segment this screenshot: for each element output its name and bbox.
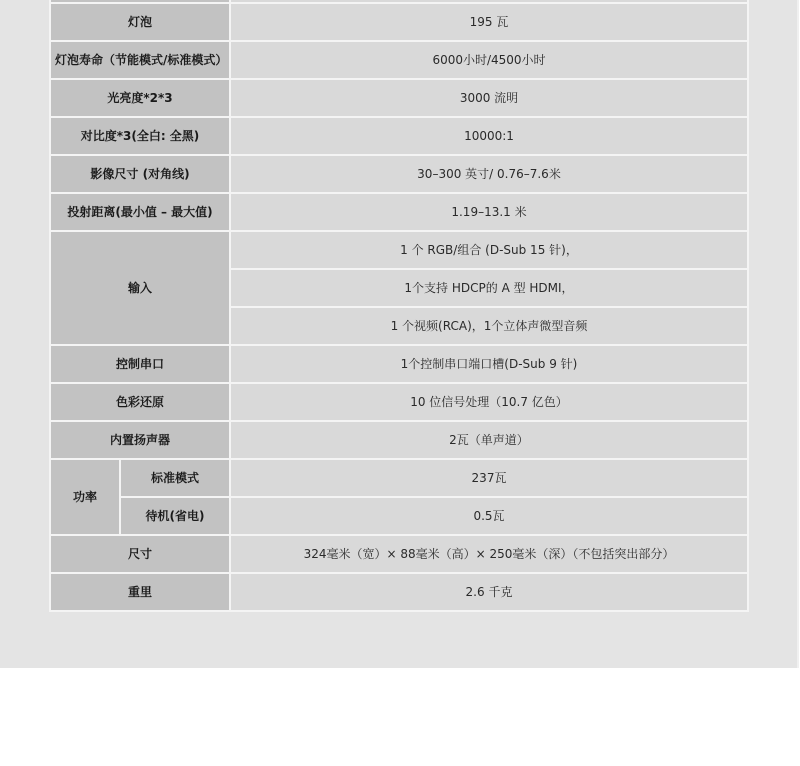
table-row-speaker: 内置扬声器 2瓦（单声道） — [50, 421, 748, 459]
spec-table: 灯泡 195 瓦 灯泡寿命（节能模式/标准模式） 6000小时/4500小时 光… — [49, 0, 749, 612]
row-value: 30–300 英寸/ 0.76–7.6米 — [230, 155, 748, 193]
row-value: 10000:1 — [230, 117, 748, 155]
row-label: 重里 — [50, 573, 230, 611]
row-label: 投射距离(最小值 – 最大值) — [50, 193, 230, 231]
spec-panel: 灯泡 195 瓦 灯泡寿命（节能模式/标准模式） 6000小时/4500小时 光… — [0, 0, 799, 668]
row-value: 6000小时/4500小时 — [230, 41, 748, 79]
row-label: 色彩还原 — [50, 383, 230, 421]
table-row-lamp: 灯泡 195 瓦 — [50, 3, 748, 41]
table-row-brightness: 光亮度*2*3 3000 流明 — [50, 79, 748, 117]
table-row-power-standard: 功率 标准模式 237瓦 — [50, 459, 748, 497]
table-row-dimensions: 尺寸 324毫米（宽）× 88毫米（高）× 250毫米（深）（不包括突出部分） — [50, 535, 748, 573]
row-label: 尺寸 — [50, 535, 230, 573]
row-label: 内置扬声器 — [50, 421, 230, 459]
row-value: 2瓦（单声道） — [230, 421, 748, 459]
table-row-throw-distance: 投射距离(最小值 – 最大值) 1.19–13.1 米 — [50, 193, 748, 231]
row-value: 10 位信号处理（10.7 亿色） — [230, 383, 748, 421]
table-row-image-size: 影像尺寸 (对角线) 30–300 英寸/ 0.76–7.6米 — [50, 155, 748, 193]
row-value: 3000 流明 — [230, 79, 748, 117]
row-value: 1个支持 HDCP的 A 型 HDMI， — [230, 269, 748, 307]
row-label: 灯泡寿命（节能模式/标准模式） — [50, 41, 230, 79]
table-row-contrast: 对比度*3(全白: 全黑) 10000:1 — [50, 117, 748, 155]
row-value: 2.6 千克 — [230, 573, 748, 611]
row-sublabel: 待机(省电) — [120, 497, 230, 535]
row-sublabel: 标准模式 — [120, 459, 230, 497]
table-row-weight: 重里 2.6 千克 — [50, 573, 748, 611]
row-value: 324毫米（宽）× 88毫米（高）× 250毫米（深）（不包括突出部分） — [230, 535, 748, 573]
row-value: 1个控制串口端口槽(D-Sub 9 针) — [230, 345, 748, 383]
row-value: 195 瓦 — [230, 3, 748, 41]
row-value: 0.5瓦 — [230, 497, 748, 535]
row-label-power: 功率 — [50, 459, 120, 535]
row-value: 1.19–13.1 米 — [230, 193, 748, 231]
row-label-input: 输入 — [50, 231, 230, 345]
row-value: 237瓦 — [230, 459, 748, 497]
table-row-lamp-life: 灯泡寿命（节能模式/标准模式） 6000小时/4500小时 — [50, 41, 748, 79]
row-label: 对比度*3(全白: 全黑) — [50, 117, 230, 155]
table-row-input-1: 输入 1 个 RGB/组合 (D-Sub 15 针)， — [50, 231, 748, 269]
table-row-power-standby: 待机(省电) 0.5瓦 — [50, 497, 748, 535]
row-label: 灯泡 — [50, 3, 230, 41]
row-value: 1 个 RGB/组合 (D-Sub 15 针)， — [230, 231, 748, 269]
row-label: 影像尺寸 (对角线) — [50, 155, 230, 193]
row-label: 光亮度*2*3 — [50, 79, 230, 117]
row-label: 控制串口 — [50, 345, 230, 383]
table-row-serial: 控制串口 1个控制串口端口槽(D-Sub 9 针) — [50, 345, 748, 383]
row-value: 1 个视频(RCA)，1个立体声微型音频 — [230, 307, 748, 345]
table-row-color: 色彩还原 10 位信号处理（10.7 亿色） — [50, 383, 748, 421]
